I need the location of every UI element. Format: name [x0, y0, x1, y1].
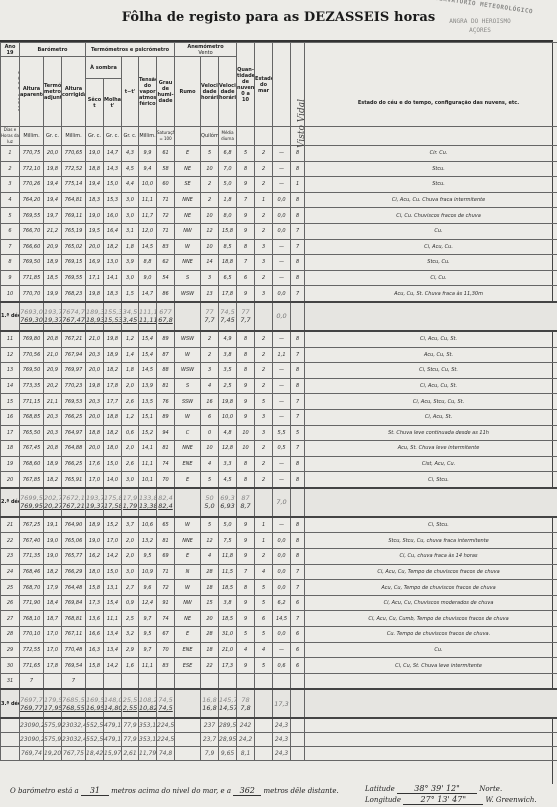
cell-s: 20,0 [86, 441, 104, 457]
cell-v1: 4 [201, 378, 219, 394]
cell-n [237, 673, 255, 689]
unit: Gr. c. [122, 127, 139, 146]
cell-tv: 11,1 [139, 658, 157, 674]
cell-mar: 3 [255, 425, 273, 441]
cell-n: 9 [237, 286, 255, 302]
total-value: 77,9 [122, 733, 139, 747]
cell-t: 18,5 [44, 270, 62, 286]
decade-value: 193,719,37 [86, 488, 104, 517]
cell-cor: 764,97 [62, 425, 86, 441]
cell-v2: 31,0 [219, 627, 237, 643]
sky-description: Cu. Tempo de chuviscos fracos de chuva. [305, 627, 557, 643]
page-title: Fôlha de registo para as DEZASSEIS horas [0, 10, 557, 25]
cell-mar: 6 [255, 611, 273, 627]
cell-h: 62 [157, 255, 175, 271]
unit [273, 127, 291, 146]
cell-tv: 10,1 [139, 472, 157, 488]
month-header: NOV. 1936 [1, 57, 20, 127]
decade-value: 74,574,5 [157, 689, 175, 718]
longitude-direction: W. Greenwich. [486, 796, 537, 804]
cell-ap: 770,75 [20, 146, 44, 162]
humidity-header: Grau de humi-dade [157, 57, 175, 127]
cell-v1: 4 [201, 456, 219, 472]
cell-vis: 8 [291, 270, 305, 286]
cell-cor: 764,81 [62, 192, 86, 208]
cell-tv: 12,4 [139, 595, 157, 611]
cell-h: 74 [157, 456, 175, 472]
cell-h: 69 [157, 549, 175, 565]
cell-mar: 2 [255, 161, 273, 177]
cell-v2: 7,5 [219, 533, 237, 549]
cell-ch: 5,5 [273, 425, 291, 441]
cell-v1: 6 [201, 409, 219, 425]
cell-tv: 15,4 [139, 331, 157, 347]
day-row: 3177 [1, 673, 557, 689]
cell-ap: 768,46 [20, 564, 44, 580]
cell-r: SSW [175, 394, 201, 410]
cell-mar: 3 [255, 255, 273, 271]
cell-v1: 10 [201, 441, 219, 457]
day-row: 4764,2019,4764,8118,315,33,011,171NNE21,… [1, 192, 557, 208]
cell-s: 18,3 [86, 192, 104, 208]
cell-s: 19,0 [86, 208, 104, 224]
cell-r: NNE [175, 441, 201, 457]
cell-t: 19,0 [44, 533, 62, 549]
cell-tv: 9,5 [139, 549, 157, 565]
cell-r: W [175, 517, 201, 533]
day-number: 2 [1, 161, 20, 177]
cell-s: 16,9 [86, 255, 104, 271]
cell-ap: 766,60 [20, 239, 44, 255]
cell-v1: 15 [201, 595, 219, 611]
cell-mar: 5 [255, 658, 273, 674]
day-number: 26 [1, 595, 20, 611]
cell-ap: 770,10 [20, 627, 44, 643]
cell-ch: — [273, 394, 291, 410]
cell-n: 7 [237, 564, 255, 580]
cell-tv: 10,0 [139, 177, 157, 193]
cell-vis: 8 [291, 517, 305, 533]
day-row: 5769,5519,7769,1119,016,03,011,772NE108,… [1, 208, 557, 224]
cell-m: 13,4 [104, 642, 122, 658]
cell-m: 14,2 [104, 549, 122, 565]
total-value: 23090,25 [20, 733, 44, 747]
cell-tv: 9,4 [139, 161, 157, 177]
cell-h: 58 [157, 161, 175, 177]
sky-description: Cu. [305, 223, 557, 239]
total-value: 224,5 [157, 718, 175, 733]
cell-mar: 1 [255, 192, 273, 208]
sky-description: Ci, Acu, St. [305, 409, 557, 425]
total-value: 74,8 [157, 747, 175, 761]
shade-header: À sombra [86, 57, 122, 79]
cell-v2: 7,0 [219, 161, 237, 177]
day-number: 14 [1, 378, 20, 394]
cell-ch: — [273, 177, 291, 193]
cell-ap: 767,85 [20, 472, 44, 488]
cell-cor: 766,25 [62, 409, 86, 425]
cell-vis: 8 [291, 161, 305, 177]
clouds-header: Quan-tidade de nuvens 0 a 10 [237, 43, 255, 127]
cell-df: 3,9 [122, 255, 139, 271]
decade-value: 155,315,53 [104, 302, 122, 331]
sky-description: St. Chuva leve continuada desde as 11h [305, 425, 557, 441]
sky-description: Ci, Stcu. [305, 517, 557, 533]
day-row: 22767,4019,0765,0619,017,02,013,281NNE12… [1, 533, 557, 549]
total-value: 28,95 [219, 733, 237, 747]
cell-ch: 6,2 [273, 595, 291, 611]
cell-v2: 3,3 [219, 456, 237, 472]
latitude-direction: Norte. [479, 785, 502, 793]
day-row: 26771,9018,4769,8417,315,40,912,491NW153… [1, 595, 557, 611]
title-suffix: horas [389, 10, 435, 25]
cell-r: E [175, 146, 201, 162]
cell-n: 9 [237, 409, 255, 425]
decade-summary-row: 1.ª década7693,0769,30193,719,377674,776… [1, 302, 557, 331]
day-number: 21 [1, 517, 20, 533]
cell-ch: 0,0 [273, 286, 291, 302]
cell-ap: 771,35 [20, 549, 44, 565]
cell-s: 19,8 [86, 378, 104, 394]
decade-value: 7672,1767,21 [62, 488, 86, 517]
cell-mar: 2 [255, 549, 273, 565]
cell-v2 [219, 673, 237, 689]
cell-r: ENE [175, 456, 201, 472]
day-row: 12770,5621,0767,9420,318,91,415,487W23,8… [1, 347, 557, 363]
decade-value: 777,7 [201, 302, 219, 331]
sky-description: Ci, Stcu. [305, 472, 557, 488]
cell-h: 89 [157, 409, 175, 425]
cell-s: 20,0 [86, 363, 104, 379]
cell-ch: 0,5 [273, 441, 291, 457]
total-value: 769,74 [20, 747, 44, 761]
cell-mar: 2 [255, 177, 273, 193]
cell-mar: 2 [255, 223, 273, 239]
cell-v1: 10 [201, 239, 219, 255]
cell-df: 0,6 [122, 425, 139, 441]
cell-ch: 0,0 [273, 533, 291, 549]
cell-ch: — [273, 456, 291, 472]
cell-t [44, 673, 62, 689]
total-label [1, 733, 20, 747]
cell-s: 17,0 [86, 472, 104, 488]
cell-v1: 18 [201, 642, 219, 658]
cell-ch: — [273, 409, 291, 425]
sky-description: Stcu, Cu. [305, 255, 557, 271]
cell-m: 15,0 [104, 456, 122, 472]
cell-n: 9 [237, 223, 255, 239]
cell-v1 [201, 673, 219, 689]
cell-ap: 771,65 [20, 658, 44, 674]
decade-value: 787,8 [237, 689, 255, 718]
decade-value: 67767,8 [157, 302, 175, 331]
cell-ap: 7 [20, 673, 44, 689]
cell-mar: 5 [255, 627, 273, 643]
rain-header: Chuva das 6 horas às 16 horas [273, 43, 291, 127]
cell-mar: 2 [255, 363, 273, 379]
cell-n: 5 [237, 146, 255, 162]
sky-description: Stcu. [305, 177, 557, 193]
day-number: 28 [1, 627, 20, 643]
cell-v1: 3 [201, 363, 219, 379]
cell-h: 87 [157, 347, 175, 363]
decade-value: 878,7 [237, 488, 255, 517]
decade-value: 169,516,95 [86, 689, 104, 718]
cell-t: 18,9 [44, 255, 62, 271]
day-number: 11 [1, 331, 20, 347]
cell-n: 10 [237, 425, 255, 441]
cell-tv: 15,1 [139, 409, 157, 425]
total-value: 575,9 [44, 718, 62, 733]
cell-h: 74 [157, 611, 175, 627]
footer: O barómetro está a 31 metros acima do ni… [0, 783, 557, 807]
total-value: 11,79 [139, 747, 157, 761]
day-row: 28770,1017,0767,1116,613,43,29,567E2831,… [1, 627, 557, 643]
cell-vis: 7 [291, 223, 305, 239]
distance-value: 362 [233, 786, 261, 796]
cell-m: 11,1 [104, 611, 122, 627]
decade-value: 34,53,45 [122, 302, 139, 331]
cell-cor: 768,81 [62, 611, 86, 627]
cell-v2: 11,5 [219, 564, 237, 580]
cell-n: 8 [237, 347, 255, 363]
unit: Millim. [62, 127, 86, 146]
cell-t: 21,2 [44, 223, 62, 239]
cell-t: 20,2 [44, 378, 62, 394]
sky-description: Ci, Acu, Cu. Chuva fraca intermitente [305, 192, 557, 208]
decade-empty [175, 302, 201, 331]
cell-s: 19,0 [86, 533, 104, 549]
cell-tv: 9,0 [139, 270, 157, 286]
cell-t: 19,7 [44, 208, 62, 224]
decade-empty [255, 302, 273, 331]
total-empty [255, 718, 273, 733]
cell-h: 91 [157, 595, 175, 611]
cell-ch: 1,1 [273, 347, 291, 363]
cell-m: 15,2 [104, 517, 122, 533]
cell-ap: 769,55 [20, 208, 44, 224]
decade-rain: 7,0 [273, 488, 291, 517]
total-value: 767,75 [62, 747, 86, 761]
cell-mar: 2 [255, 472, 273, 488]
cell-mar: 5 [255, 580, 273, 596]
cell-m: 17,8 [104, 378, 122, 394]
cell-df: 3,7 [122, 517, 139, 533]
cell-v2: 6,8 [219, 146, 237, 162]
unit [175, 127, 201, 146]
cell-m: 18,0 [104, 441, 122, 457]
decade-value: 7685,55768,555 [62, 689, 86, 718]
total-empty [305, 718, 557, 733]
sky-description [305, 673, 557, 689]
unit: Saturação = 100 [157, 127, 175, 146]
cell-mar: 4 [255, 642, 273, 658]
decade-label: 3.ª década [1, 689, 20, 718]
unit: Gr. c. [44, 127, 62, 146]
cell-mar: 2 [255, 456, 273, 472]
cell-df: 2,0 [122, 549, 139, 565]
cell-v1: 18 [201, 580, 219, 596]
day-number: 20 [1, 472, 20, 488]
cell-mar: 1 [255, 533, 273, 549]
cell-ch: — [273, 331, 291, 347]
day-row: 18767,4520,8764,8820,018,02,014,181NNE10… [1, 441, 557, 457]
cell-vis: 8 [291, 549, 305, 565]
cell-s: 18,0 [86, 564, 104, 580]
cell-vis: 8 [291, 378, 305, 394]
cell-r: NNE [175, 192, 201, 208]
day-number: 29 [1, 642, 20, 658]
sky-description: Ci, Stcu, Cu, St. [305, 363, 557, 379]
cell-m: 18,9 [104, 347, 122, 363]
total-value: 19,20 [44, 747, 62, 761]
barometer-altitude-value: 31 [81, 786, 109, 796]
decade-value: 777,7 [237, 302, 255, 331]
decade-summary-row: 2.ª década7699,5769,95202,720,277672,176… [1, 488, 557, 517]
anemometer-header: AnemómetroVento [175, 43, 237, 57]
cell-ap: 765,50 [20, 425, 44, 441]
day-row: 2772,1019,8772,5218,814,34,59,458NE107,0… [1, 161, 557, 177]
decade-value: 17,91,79 [122, 488, 139, 517]
cell-ap: 768,60 [20, 456, 44, 472]
cell-vis: 7 [291, 564, 305, 580]
cell-v1: 2 [201, 192, 219, 208]
total-value: 23,7 [201, 733, 219, 747]
cell-t: 20,9 [44, 239, 62, 255]
total-value: 77,9 [122, 718, 139, 733]
latitude-value: 38° 39' 12" [397, 784, 477, 794]
cell-vis [291, 673, 305, 689]
decade-empty [175, 488, 201, 517]
cell-tv: 13,2 [139, 533, 157, 549]
total-label [1, 718, 20, 733]
cell-t: 20,8 [44, 331, 62, 347]
cell-df: 2,0 [122, 441, 139, 457]
cell-t: 17,0 [44, 627, 62, 643]
cell-v1: 2 [201, 331, 219, 347]
footer-text: metros dêle distante. [264, 787, 339, 795]
cell-s: 15,8 [86, 580, 104, 596]
cell-tv: 15,4 [139, 347, 157, 363]
cell-t: 20,9 [44, 363, 62, 379]
day-number: 5 [1, 208, 20, 224]
total-value: 7,9 [201, 747, 219, 761]
cell-vis: 5 [291, 425, 305, 441]
day-number: 10 [1, 286, 20, 302]
cell-vis: 8 [291, 192, 305, 208]
cell-n: 6 [237, 270, 255, 286]
decade-empty [291, 488, 305, 517]
cell-mar: 3 [255, 239, 273, 255]
cell-vis: 7 [291, 611, 305, 627]
cell-s: 13,6 [86, 611, 104, 627]
cell-v1: 4 [201, 549, 219, 565]
day-number: 16 [1, 409, 20, 425]
cell-r: E [175, 549, 201, 565]
cell-v2: 18,5 [219, 611, 237, 627]
unit: Média diurna [219, 127, 237, 146]
decade-empty [255, 488, 273, 517]
cell-v2: 3,8 [219, 595, 237, 611]
register-body: 1770,7520,0770,6519,014,74,39,961E56,852… [1, 146, 557, 761]
cell-n: 8 [237, 161, 255, 177]
cell-df: 3,0 [122, 564, 139, 580]
cell-mar: 2 [255, 347, 273, 363]
cell-h: 72 [157, 208, 175, 224]
decade-value: 175,817,58 [104, 488, 122, 517]
cell-t: 21,0 [44, 347, 62, 363]
cell-n: 9 [237, 611, 255, 627]
cell-m: 14,0 [104, 472, 122, 488]
cell-m: 17,0 [104, 533, 122, 549]
cell-vis: 8 [291, 331, 305, 347]
cell-n: 10 [237, 441, 255, 457]
cell-tv: 14,5 [139, 239, 157, 255]
cell-vis: 6 [291, 642, 305, 658]
cell-h: 86 [157, 286, 175, 302]
day-number: 30 [1, 658, 20, 674]
total-empty [175, 747, 201, 761]
total-value: 23032,40 [62, 718, 86, 733]
cell-cor: 769,15 [62, 255, 86, 271]
cell-m: 14,1 [104, 270, 122, 286]
day-number: 7 [1, 239, 20, 255]
cell-df: 4,4 [122, 177, 139, 193]
cell-r: C [175, 425, 201, 441]
cell-n: 9 [237, 595, 255, 611]
cell-ch: 0,0 [273, 564, 291, 580]
cell-r: E [175, 627, 201, 643]
cell-v1: 28 [201, 627, 219, 643]
cell-cor: 765,91 [62, 472, 86, 488]
cell-m: 13,4 [104, 627, 122, 643]
total-value: 9,65 [219, 747, 237, 761]
cell-n: 8 [237, 331, 255, 347]
cell-v1: 22 [201, 658, 219, 674]
cell-tv: 15,2 [139, 425, 157, 441]
total-empty [291, 747, 305, 761]
cell-v1: 16 [201, 394, 219, 410]
cell-h: 54 [157, 270, 175, 286]
unit [255, 127, 273, 146]
cell-vis: 8 [291, 472, 305, 488]
cell-m: 16,0 [104, 208, 122, 224]
cell-vis: 6 [291, 627, 305, 643]
cell-h: 89 [157, 331, 175, 347]
cell-ap: 767,25 [20, 517, 44, 533]
cell-cor: 769,54 [62, 658, 86, 674]
cell-ap: 770,56 [20, 347, 44, 363]
day-number: 17 [1, 425, 20, 441]
sky-description: Ci, Acu, Cu, St. [305, 378, 557, 394]
cell-r: W [175, 580, 201, 596]
cell-ch: — [273, 255, 291, 271]
cell-tv: 11,1 [139, 456, 157, 472]
cell-v1: 10 [201, 161, 219, 177]
cell-df: 2,0 [122, 533, 139, 549]
cell-h: 88 [157, 363, 175, 379]
cell-df: 1,5 [122, 286, 139, 302]
cell-ap: 771,15 [20, 394, 44, 410]
cell-cor: 765,02 [62, 239, 86, 255]
cell-df: 3,1 [122, 223, 139, 239]
cell-cor: 765,06 [62, 533, 86, 549]
cell-n: 8 [237, 456, 255, 472]
cell-ch: — [273, 146, 291, 162]
day-number: 6 [1, 223, 20, 239]
total-value: 23032,40 [62, 733, 86, 747]
cell-v2: 1,8 [219, 192, 237, 208]
